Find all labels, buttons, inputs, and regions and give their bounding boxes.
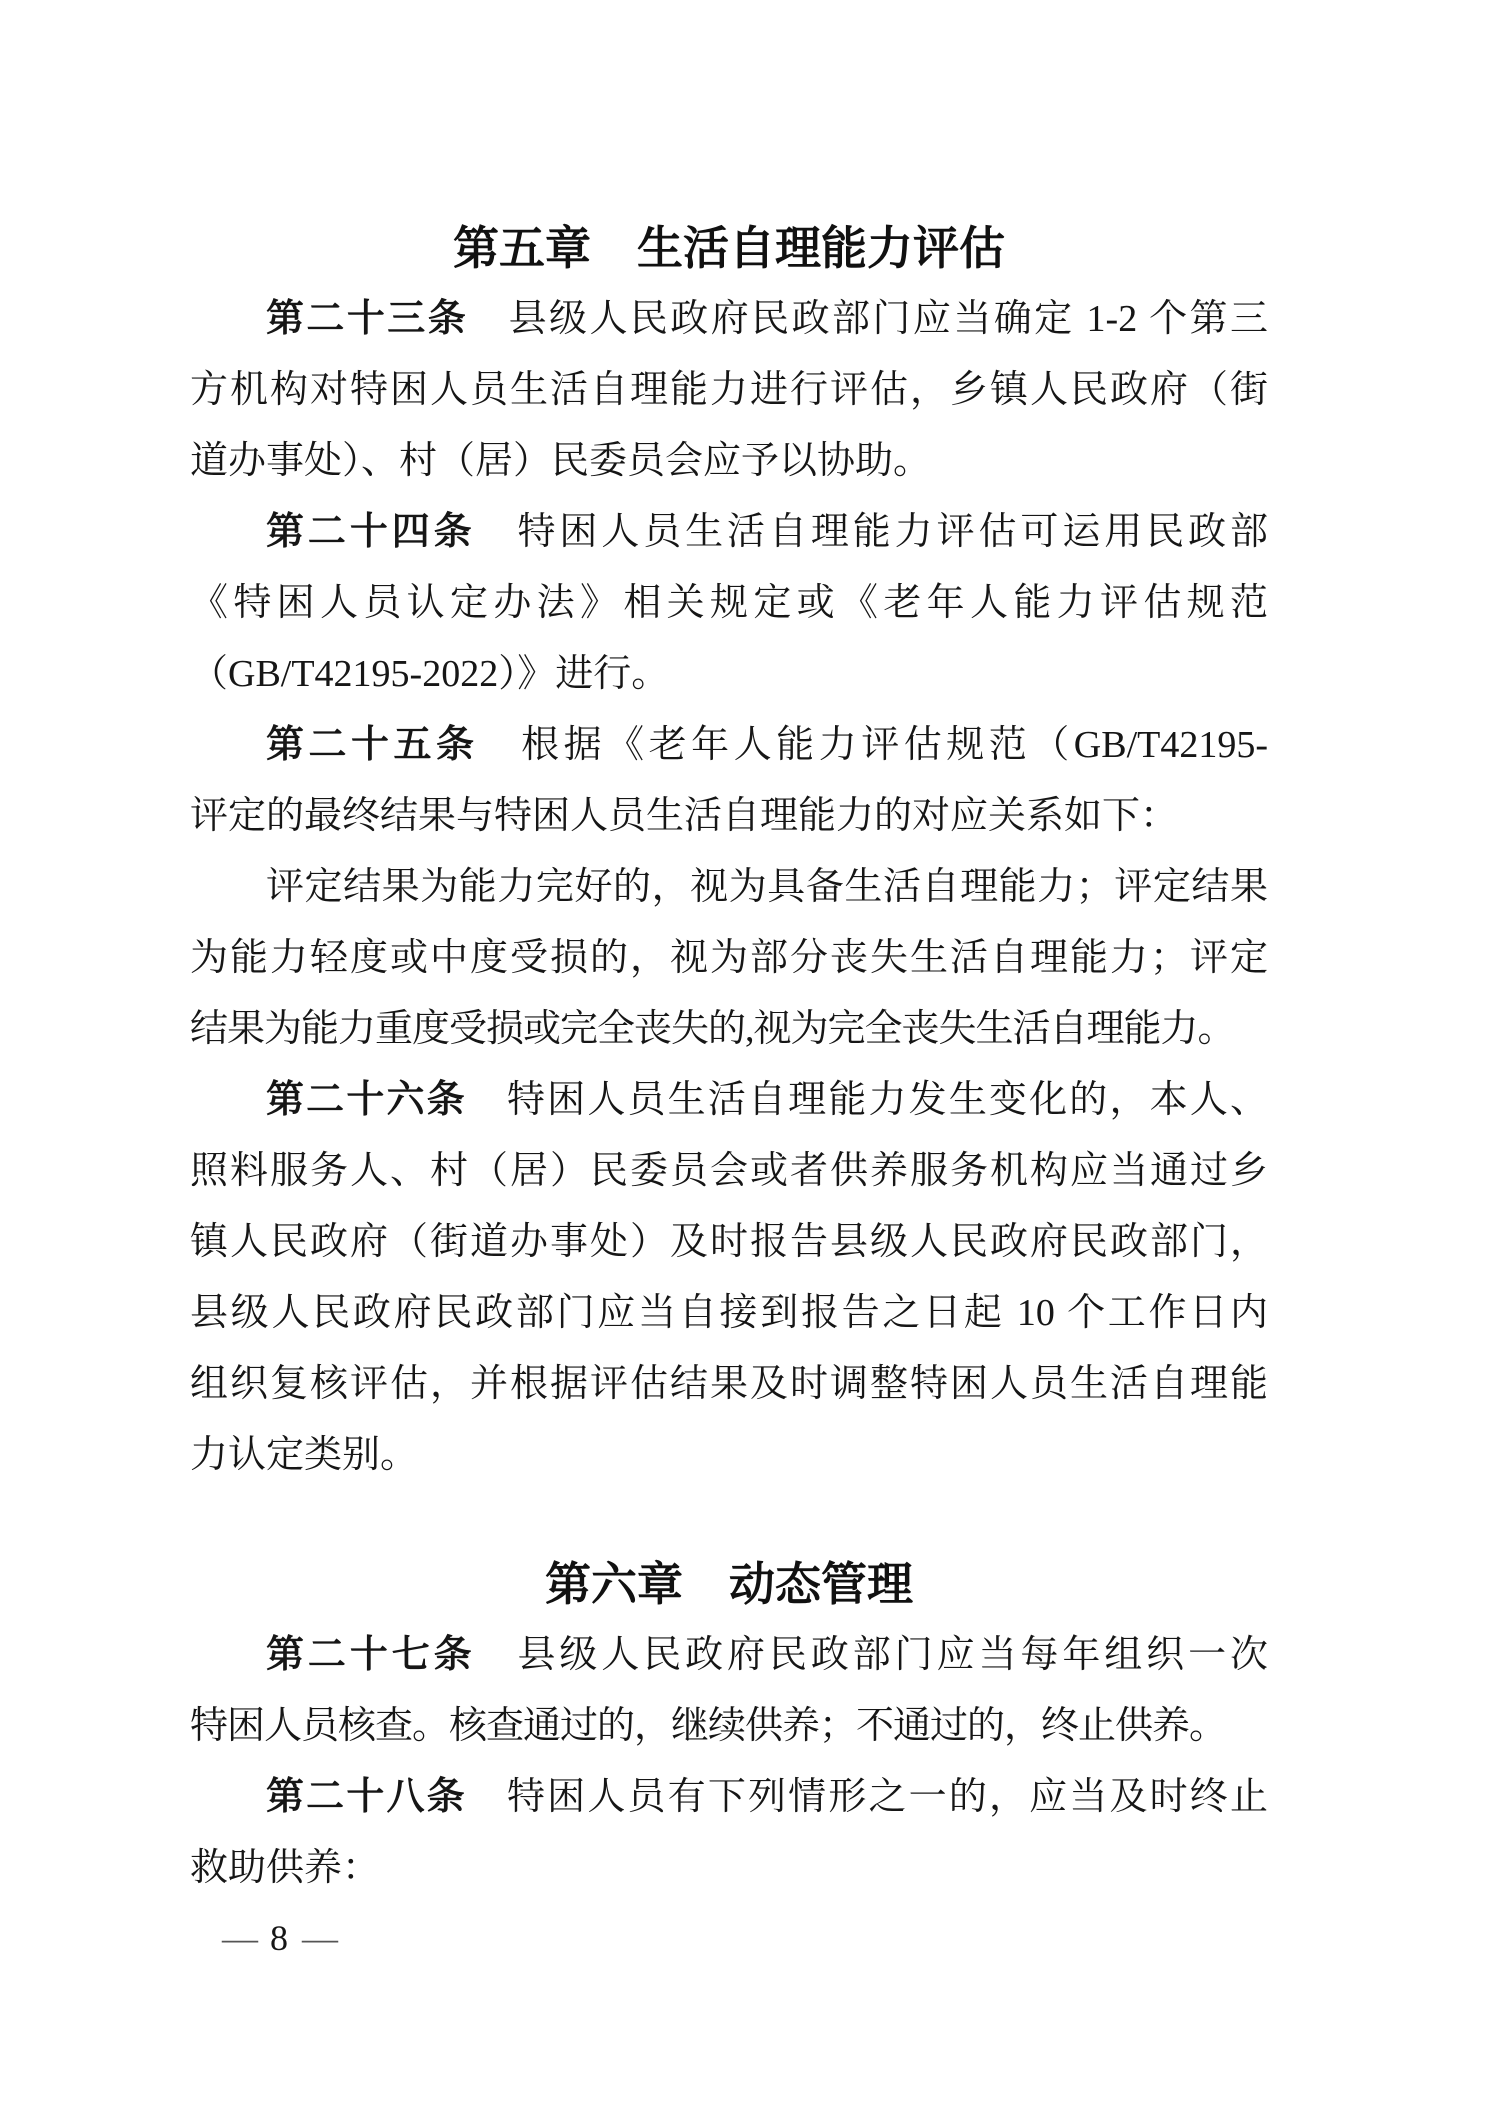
page-number-value: 8 [270, 1918, 288, 1958]
article-28-text-1: 特困人员有下列情形之一的，应当及时终止 [467, 1776, 1268, 1818]
article-25-line-1: 第二十五条 根据《老年人能力评估规范（GB/T42195-2022）》 [190, 710, 1268, 781]
article-26-line-6: 力认定类别。 [190, 1420, 1268, 1491]
article-23-line-2: 方机构对特困人员生活自理能力进行评估，乡镇人民政府（街 [190, 355, 1268, 426]
article-23-number: 第二十三条 [266, 298, 468, 340]
page-number: —8— [222, 1905, 336, 1971]
document-content: 第五章 生活自理能力评估 第二十三条 县级人民政府民政部门应当确定 1-2 个第… [190, 213, 1268, 1904]
article-24-line-1: 第二十四条 特困人员生活自理能力评估可运用民政部 [190, 497, 1268, 568]
article-26-line-1: 第二十六条 特困人员生活自理能力发生变化的，本人、 [190, 1065, 1268, 1136]
article-26-line-3: 镇人民政府（街道办事处）及时报告县级人民政府民政部门， [190, 1207, 1268, 1278]
evaluation-rules-line-2: 为能力轻度或中度受损的，视为部分丧失生活自理能力；评定 [190, 923, 1268, 994]
article-26-line-4: 县级人民政府民政部门应当自接到报告之日起 10 个工作日内 [190, 1278, 1268, 1349]
chapter-6-heading: 第六章 动态管理 [190, 1549, 1268, 1620]
article-26-line-5: 组织复核评估，并根据评估结果及时调整特困人员生活自理能 [190, 1349, 1268, 1420]
article-27-number: 第二十七条 [266, 1634, 476, 1676]
article-26-line-2: 照料服务人、村（居）民委员会或者供养服务机构应当通过乡 [190, 1136, 1268, 1207]
article-26-number: 第二十六条 [266, 1079, 467, 1121]
article-28-line-1: 第二十八条 特困人员有下列情形之一的，应当及时终止 [190, 1762, 1268, 1833]
article-24-text-1: 特困人员生活自理能力评估可运用民政部 [476, 511, 1268, 553]
article-23-line-3: 道办事处）、村（居）民委员会应予以协助。 [190, 426, 1268, 497]
evaluation-rules-line-3: 结果为能力重度受损或完全丧失的,视为完全丧失生活自理能力。 [190, 994, 1268, 1065]
article-25-number: 第二十五条 [266, 724, 479, 766]
evaluation-rules-line-1: 评定结果为能力完好的，视为具备生活自理能力；评定结果 [190, 852, 1268, 923]
article-23-text-1: 县级人民政府民政部门应当确定 1-2 个第三 [468, 298, 1268, 340]
article-23-line-1: 第二十三条 县级人民政府民政部门应当确定 1-2 个第三 [190, 284, 1268, 355]
article-27-line-2: 特困人员核查。核查通过的，继续供养；不通过的，终止供养。 [190, 1691, 1268, 1762]
article-26-text-1: 特困人员生活自理能力发生变化的，本人、 [467, 1079, 1268, 1121]
article-28-line-2: 救助供养： [190, 1833, 1268, 1904]
document-page: 第五章 生活自理能力评估 第二十三条 县级人民政府民政部门应当确定 1-2 个第… [0, 0, 1485, 2112]
article-27-line-1: 第二十七条 县级人民政府民政部门应当每年组织一次 [190, 1620, 1268, 1691]
page-number-dash-left: — [222, 1918, 256, 1958]
article-24-number: 第二十四条 [266, 511, 476, 553]
article-25-line-2: 评定的最终结果与特困人员生活自理能力的对应关系如下： [190, 781, 1268, 852]
article-24-line-2: 《特困人员认定办法》相关规定或《老年人能力评估规范 [190, 568, 1268, 639]
article-27-text-1: 县级人民政府民政部门应当每年组织一次 [476, 1634, 1268, 1676]
article-28-number: 第二十八条 [266, 1776, 467, 1818]
article-24-line-3: （GB/T42195-2022）》进行。 [190, 639, 1268, 710]
page-number-dash-right: — [302, 1918, 336, 1958]
chapter-5-heading: 第五章 生活自理能力评估 [190, 213, 1268, 284]
